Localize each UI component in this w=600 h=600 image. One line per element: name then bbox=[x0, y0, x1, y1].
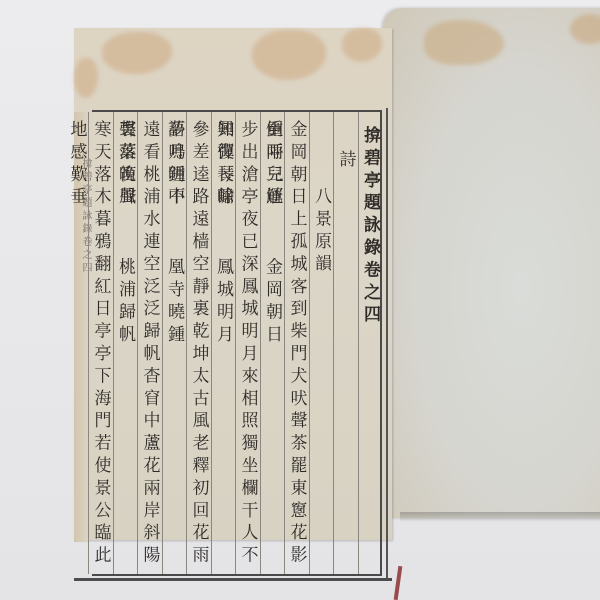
text-columns: 揜碧亭題詠錄卷之四 詩 八景原韻 金岡朝日上孤城客到柴門犬吠聲茶罷東窻花影重呼兒… bbox=[94, 112, 382, 574]
poem-line: 參差逵路遠樯空靜裏乾坤太古風老釋初回花雨夢鳴鍾不 bbox=[186, 112, 211, 574]
poem-line: 步出滄亭夜已深鳳城明月來相照獨坐欄干人不知彈琴餘 bbox=[235, 112, 260, 574]
water-stain bbox=[74, 58, 98, 98]
water-stain bbox=[424, 20, 504, 65]
water-stain bbox=[102, 32, 172, 74]
subheading: 八景原韻 bbox=[309, 112, 334, 574]
poem-title: 鳳城明月 bbox=[213, 258, 233, 348]
poem-title: 桃浦歸帆 bbox=[115, 258, 135, 348]
water-stain bbox=[252, 30, 326, 80]
water-stain bbox=[342, 28, 382, 62]
section-heading: 詩 bbox=[333, 112, 358, 574]
bottom-rule bbox=[74, 578, 392, 581]
water-stain bbox=[570, 14, 600, 44]
volume-title: 揜碧亭題詠錄卷之四 bbox=[358, 112, 383, 574]
poem-line: 金岡朝日上孤城客到柴門犬吠聲茶罷東窻花影重呼兒運 bbox=[284, 112, 309, 574]
page-shadow bbox=[400, 512, 600, 522]
poem-title: 金岡朝日 bbox=[262, 258, 282, 348]
poem-line: 遠看桃浦水連空泛泛歸帆杳窅中蘆花兩岸斜陽裏葉笛聲 bbox=[137, 112, 162, 574]
frame-outer-rule bbox=[386, 108, 388, 578]
poem-line: 寒天落木暮鴉翻紅日亭亭下海門若使景公臨此地感歎垂 bbox=[88, 112, 113, 574]
right-page-blank bbox=[384, 8, 600, 518]
poem-title: 凰寺曉鍾 bbox=[164, 258, 184, 348]
